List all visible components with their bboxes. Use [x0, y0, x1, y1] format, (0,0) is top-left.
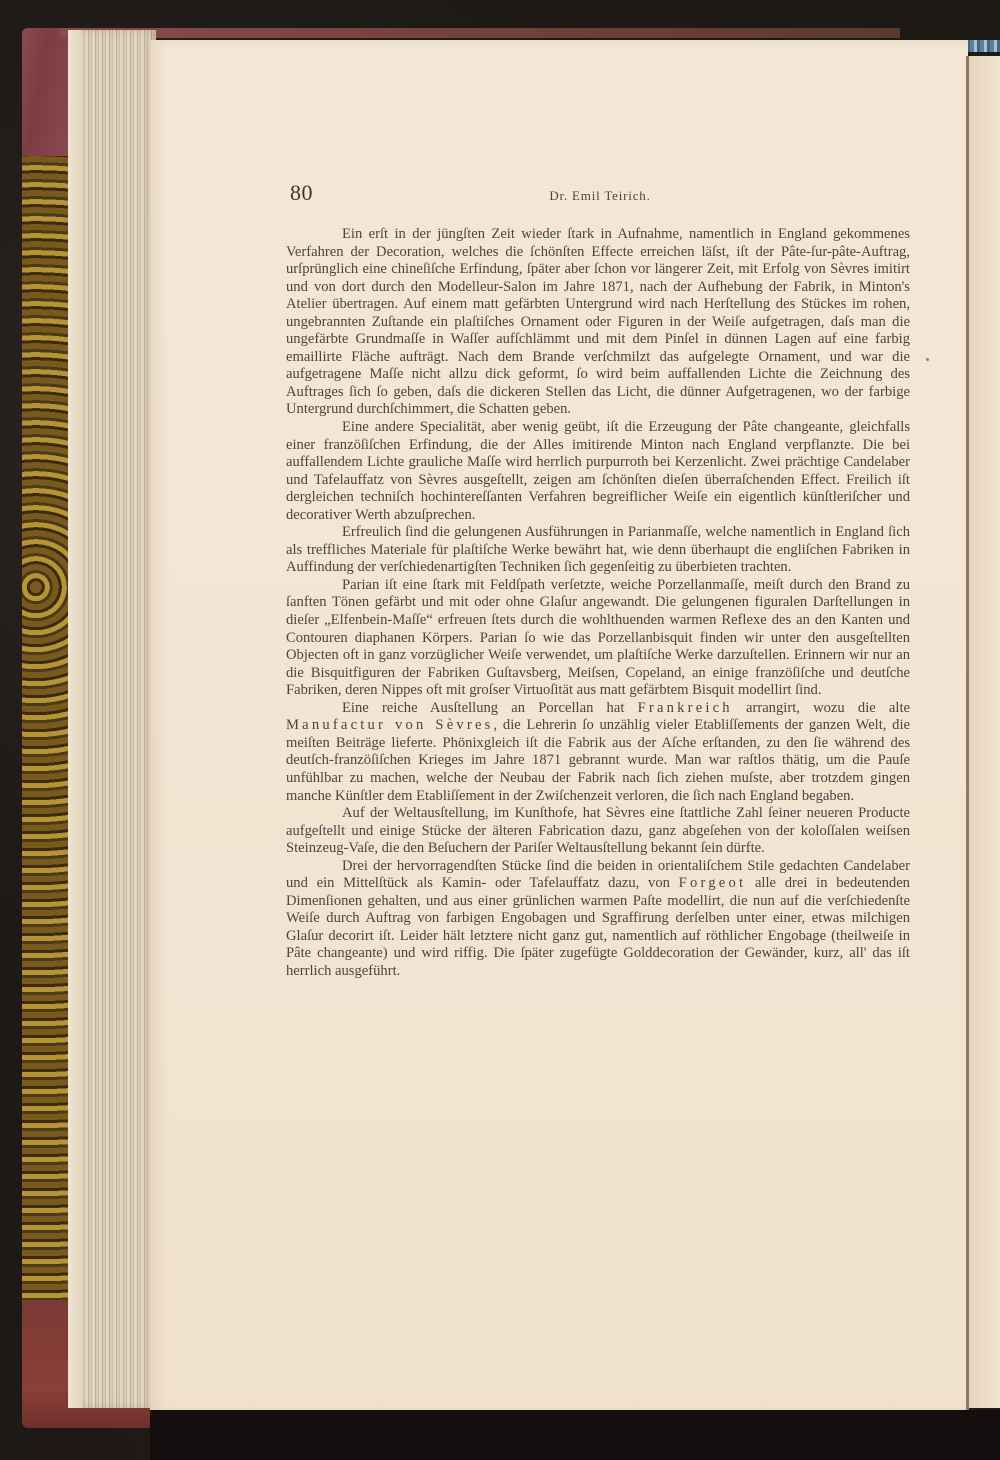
spaced-emphasis: Forgeot	[679, 875, 747, 891]
paragraph-text: arrangirt, wozu die alte	[733, 700, 910, 716]
marbled-cover-edge	[22, 28, 68, 1426]
paragraph-text: Auf der Weltausſtellung, im Kunſthofe, h…	[286, 805, 910, 856]
paragraph-3: Erfreulich ſind die gelungenen Ausführun…	[286, 524, 910, 577]
leather-corner-top	[22, 28, 70, 156]
spaced-emphasis: Manufactur von Sèvres	[286, 717, 494, 733]
paragraph-7: Drei der hervorragendſten Stücke ſind di…	[286, 858, 910, 981]
running-head: 80 Dr. Emil Teirich.	[290, 180, 910, 210]
spaced-emphasis: Frankreich	[638, 700, 733, 716]
page-speck	[926, 358, 929, 361]
page-stack-edges	[68, 30, 156, 1408]
paragraph-2: Eine andere Specialität, aber wenig geüb…	[286, 419, 910, 524]
body-text: Ein erſt in der jüngſten Zeit wieder ſta…	[286, 226, 910, 981]
paragraph-1: Ein erſt in der jüngſten Zeit wieder ſta…	[286, 226, 910, 419]
paragraph-text: Eine andere Specialität, aber wenig geüb…	[286, 419, 910, 523]
paragraph-text: Ein erſt in der jüngſten Zeit wieder ſta…	[286, 226, 910, 417]
bottom-shadow	[150, 1410, 1000, 1460]
facing-page-edge	[969, 56, 1000, 1408]
paragraph-5: Eine reiche Ausſtellung an Porcellan hat…	[286, 700, 910, 805]
running-title: Dr. Emil Teirich.	[290, 188, 910, 204]
leather-spine-top	[60, 28, 900, 38]
paragraph-4: Parian iſt eine ſtark mit Feldſpath verſ…	[286, 577, 910, 700]
paragraph-6: Auf der Weltausſtellung, im Kunſthofe, h…	[286, 805, 910, 858]
paragraph-text: Eine reiche Ausſtellung an Porcellan hat	[342, 700, 638, 716]
paragraph-text: Erfreulich ſind die gelungenen Ausführun…	[286, 524, 910, 575]
paragraph-text: Parian iſt eine ſtark mit Feldſpath verſ…	[286, 577, 910, 698]
